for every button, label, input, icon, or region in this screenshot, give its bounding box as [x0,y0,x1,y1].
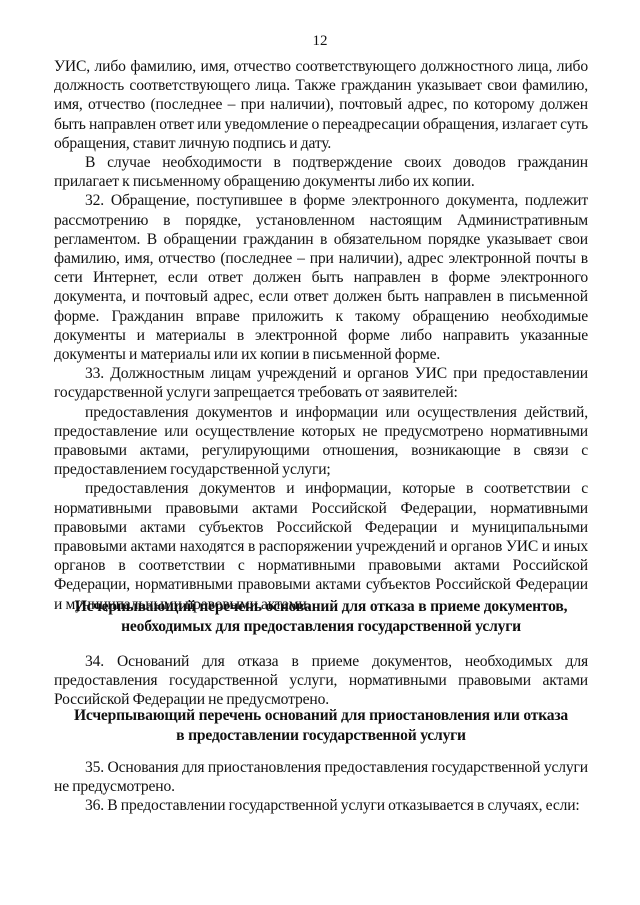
heading-line: Исчерпывающий перечень оснований для отк… [54,597,588,617]
paragraph-33: 33. Должностным лицам учреждений и орган… [54,364,588,402]
section-heading-refusal-acceptance: Исчерпывающий перечень оснований для отк… [54,597,588,636]
paragraph-continuation: УИС, либо фамилию, имя, отчество соответ… [54,57,588,153]
document-page: 12 УИС, либо фамилию, имя, отчество соот… [0,0,640,905]
paragraph-33-item-1: предоставления документов и информации и… [54,403,588,480]
page-number: 12 [0,32,640,50]
text-block-1: УИС, либо фамилию, имя, отчество соответ… [54,57,588,614]
paragraph-34: 34. Оснований для отказа в приеме докуме… [54,652,588,710]
paragraph-36: 36. В предоставлении государственной усл… [54,796,588,815]
paragraph-35: 35. Основания для приостановления предос… [54,758,588,796]
heading-line: в предоставлении государственной услуги [54,726,588,746]
heading-line: необходимых для предоставления государст… [54,617,588,637]
text-block-2: 34. Оснований для отказа в приеме докуме… [54,652,588,710]
paragraph-32: 32. Обращение, поступившее в форме элект… [54,191,588,364]
paragraph-33-item-2: предоставления документов и информации, … [54,479,588,613]
paragraph-supporting-documents: В случае необходимости в подтверждение с… [54,153,588,191]
section-heading-suspension-refusal: Исчерпывающий перечень оснований для при… [54,706,588,745]
heading-line: Исчерпывающий перечень оснований для при… [54,706,588,726]
text-block-3: 35. Основания для приостановления предос… [54,758,588,816]
